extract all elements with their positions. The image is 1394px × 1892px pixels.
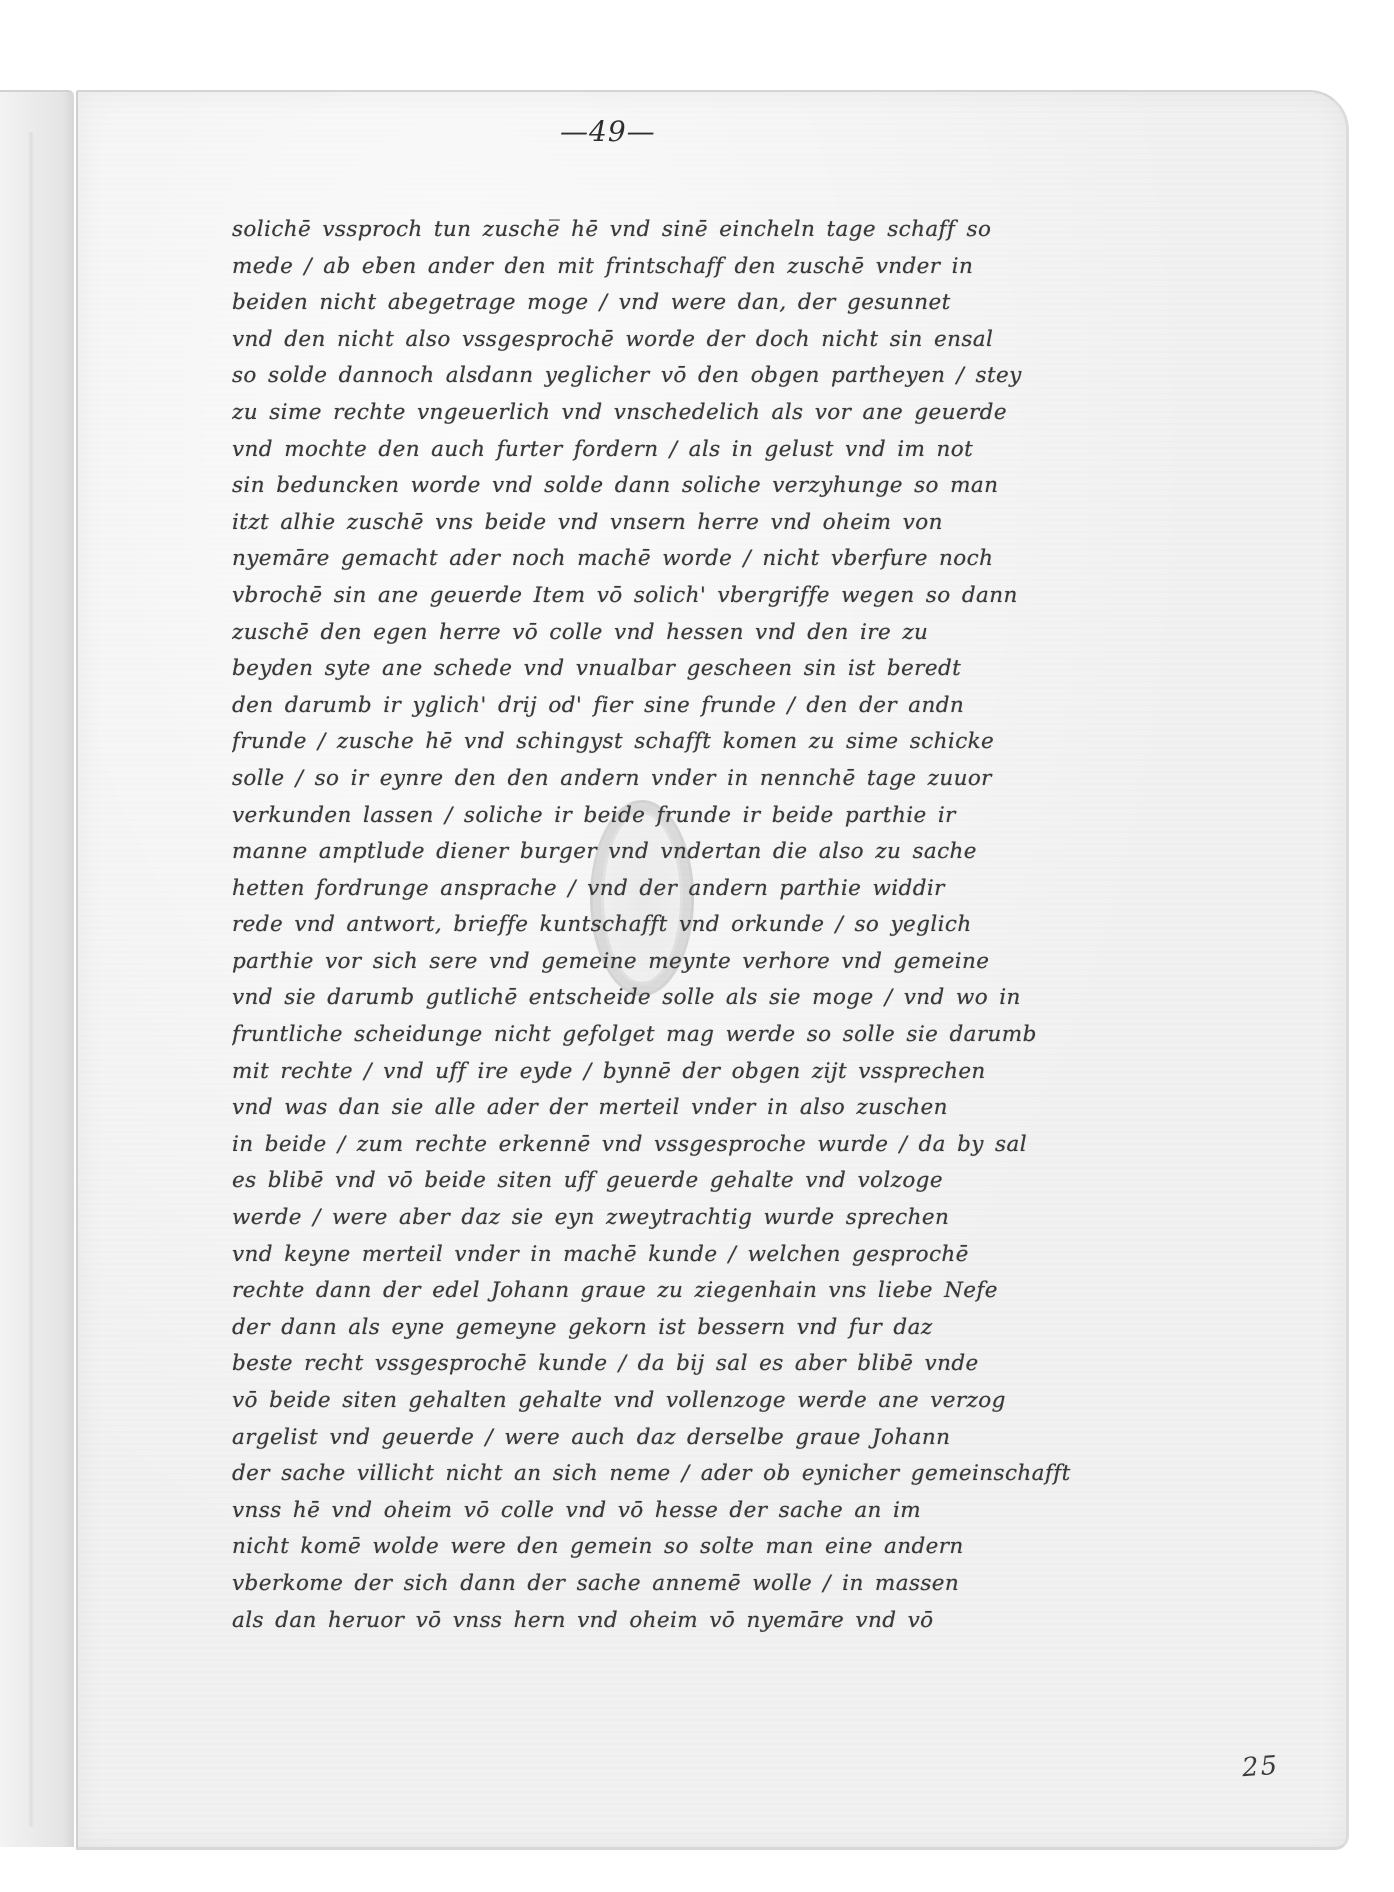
- text-line: beste recht vssgesprochē kunde / da bij …: [232, 1346, 1197, 1383]
- page-number: —49—: [560, 115, 656, 148]
- folio-number: 25: [1241, 1751, 1280, 1784]
- text-line: verkunden lassen / soliche ir beide frun…: [232, 798, 1197, 835]
- text-line: beiden nicht abegetrage moge / vnd were …: [232, 285, 1197, 322]
- text-line: hetten fordrunge ansprache / vnd der and…: [232, 871, 1197, 908]
- text-line: mit rechte / vnd uff ire eyde / bynnē de…: [232, 1054, 1197, 1091]
- text-line: werde / were aber daz sie eyn zweytracht…: [232, 1200, 1197, 1237]
- text-line: fruntliche scheidunge nicht gefolget mag…: [232, 1017, 1197, 1054]
- text-line: beyden syte ane schede vnd vnualbar gesc…: [232, 651, 1197, 688]
- text-line: argelist vnd geuerde / were auch daz der…: [232, 1420, 1197, 1457]
- text-line: frunde / zusche hē vnd schingyst schafft…: [232, 724, 1197, 761]
- text-line: zu sime rechte vngeuerlich vnd vnschedel…: [232, 395, 1197, 432]
- text-line: es blibē vnd vō beide siten uff geuerde …: [232, 1163, 1197, 1200]
- text-line: parthie vor sich sere vnd gemeine meynte…: [232, 944, 1197, 981]
- text-line: der dann als eyne gemeyne gekorn ist bes…: [232, 1310, 1197, 1347]
- text-line: zuschē den egen herre vō colle vnd hesse…: [232, 615, 1197, 652]
- text-line-last: als dan heruor vō vnss hern vnd oheim vō…: [232, 1603, 1197, 1640]
- text-line: vbrochē sin ane geuerde Item vō solich' …: [232, 578, 1197, 615]
- text-line: sin beduncken worde vnd solde dann solic…: [232, 468, 1197, 505]
- text-line: solichē vssproch tun zusche̅ hē vnd sinē…: [232, 212, 1197, 249]
- text-line: in beide / zum rechte erkennē vnd vssges…: [232, 1127, 1197, 1164]
- manuscript-text: solichē vssproch tun zusche̅ hē vnd sinē…: [232, 212, 1197, 1639]
- text-line: nicht komē wolde were den gemein so solt…: [232, 1529, 1197, 1566]
- text-line: vnd mochte den auch furter fordern / als…: [232, 432, 1197, 469]
- text-line: itzt alhie zuschē vns beide vnd vnsern h…: [232, 505, 1197, 542]
- text-line: solle / so ir eynre den den andern vnder…: [232, 761, 1197, 798]
- text-line: der sache villicht nicht an sich neme / …: [232, 1456, 1197, 1493]
- text-line: vnss hē vnd oheim vō colle vnd vō hesse …: [232, 1493, 1197, 1530]
- text-line: vnd den nicht also vssgesprochē worde de…: [232, 322, 1197, 359]
- text-line: nyemāre gemacht ader noch machē worde / …: [232, 541, 1197, 578]
- text-line: vnd was dan sie alle ader der merteil vn…: [232, 1090, 1197, 1127]
- text-line: den darumb ir yglich' drij od' fier sine…: [232, 688, 1197, 725]
- text-line: vō beide siten gehalten gehalte vnd voll…: [232, 1383, 1197, 1420]
- text-line: manne amptlude diener burger vnd vnderta…: [232, 834, 1197, 871]
- text-line: mede / ab eben ander den mit frintschaff…: [232, 249, 1197, 286]
- text-line: vnd sie darumb gutlichē entscheide solle…: [232, 980, 1197, 1017]
- text-line: rede vnd antwort, brieffe kuntschafft vn…: [232, 907, 1197, 944]
- facing-page-edge: [0, 90, 74, 1847]
- text-line: vberkome der sich dann der sache annemē …: [232, 1566, 1197, 1603]
- text-line: so solde dannoch alsdann yeglicher vō de…: [232, 358, 1197, 395]
- text-line: rechte dann der edel Johann graue zu zie…: [232, 1273, 1197, 1310]
- text-line: vnd keyne merteil vnder in machē kunde /…: [232, 1237, 1197, 1274]
